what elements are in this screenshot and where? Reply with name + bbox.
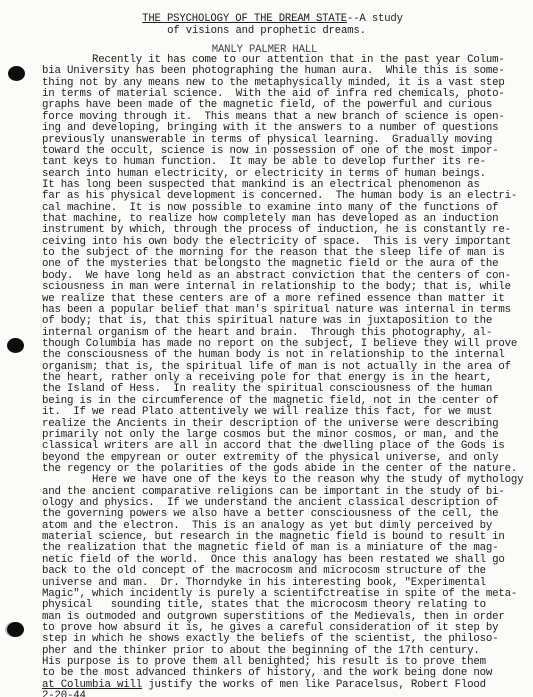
text-line: back to the old concept of the macrocosm… <box>42 566 523 577</box>
document-body: Recently it has come to our attention th… <box>42 55 523 697</box>
text-line: it. If we read Plato attentively we will… <box>42 407 523 418</box>
text-line: the consciousness of the human body is n… <box>42 350 523 361</box>
typed-document-page: THE PSYCHOLOGY OF THE DREAM STATE--A stu… <box>0 0 533 697</box>
text-line: Here we have one of the keys to the reas… <box>42 475 523 486</box>
text-line: step in which he shows exactly the belie… <box>42 634 523 645</box>
title-underlined: THE PSYCHOLOGY OF THE DREAM STATE <box>142 13 347 25</box>
text-line: physical sounding title, states that the… <box>42 600 523 611</box>
document-subtitle: of visions and prophetic dreams. <box>0 26 533 37</box>
text-line: sciousness in man were internal in relat… <box>42 282 523 293</box>
last-line-rest: justify the works of men like Paracelsus… <box>142 679 486 691</box>
text-line: ing and developing, bringing with it the… <box>42 123 523 134</box>
document-title: THE PSYCHOLOGY OF THE DREAM STATE--A stu… <box>6 14 533 25</box>
punch-hole-top <box>8 66 25 81</box>
text-line: classical writers are all in accord that… <box>42 441 523 452</box>
text-line: bia University has been photographing th… <box>42 66 523 77</box>
punch-hole-bottom <box>7 622 24 637</box>
text-line: of body; that is, that this spiritual na… <box>42 316 523 327</box>
title-rest: --A study <box>347 13 403 25</box>
text-line-last: at Columbia will justify the works of me… <box>42 680 523 691</box>
punch-hole-middle <box>7 338 24 353</box>
text-line: far as his physical development is conce… <box>42 191 523 202</box>
underlined-phrase: at Columbia will <box>42 679 142 691</box>
document-date: 2-20-44 <box>42 691 523 697</box>
text-line: tant keys to human function. It may be a… <box>42 157 523 168</box>
